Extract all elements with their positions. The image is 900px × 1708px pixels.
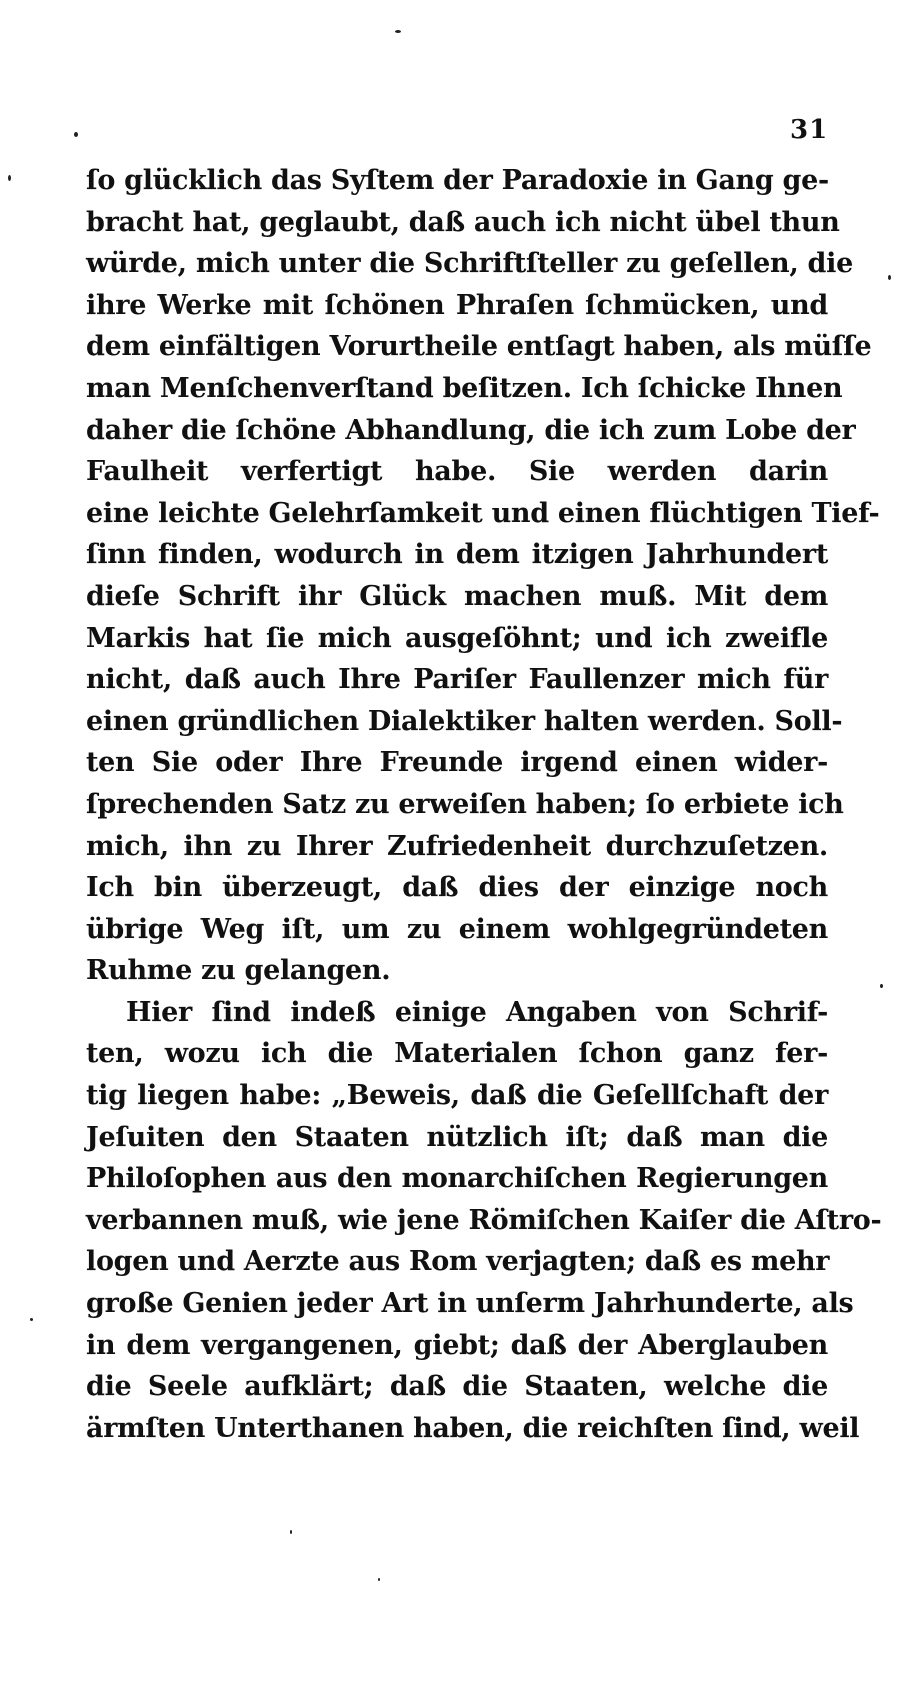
text-line: ſinn finden, wodurch in dem itzigen Jahr… — [86, 534, 828, 576]
text-line: Ruhme zu gelangen. — [86, 950, 828, 992]
text-line: Markis hat ſie mich ausgeſöhnt; und ich … — [86, 618, 828, 660]
text-line: Faulheit verfertigt habe. Sie werden dar… — [86, 451, 828, 493]
text-line: verbannen muß, wie jene Römiſchen Kaiſer… — [86, 1200, 828, 1242]
text-line: ten Sie oder Ihre Freunde irgend einen w… — [86, 742, 828, 784]
text-line: Philoſophen aus den monarchiſchen Regier… — [86, 1158, 828, 1200]
scan-speck — [74, 132, 78, 137]
text-line: daher die ſchöne Abhandlung, die ich zum… — [86, 410, 828, 452]
text-line: ten, wozu ich die Materialen ſchon ganz … — [86, 1033, 828, 1075]
text-line: Ich bin überzeugt, daß dies der einzige … — [86, 867, 828, 909]
scan-speck — [395, 30, 401, 33]
text-line: große Genien jeder Art in unſerm Jahrhun… — [86, 1283, 828, 1325]
text-line: eine leichte Gelehrſamkeit und einen flü… — [86, 493, 828, 535]
text-line: ärmſten Unterthanen haben, die reichſten… — [86, 1408, 828, 1450]
text-line: Jeſuiten den Staaten nützlich iſt; daß m… — [86, 1117, 828, 1159]
scan-speck — [378, 1578, 380, 1581]
text-line: ihre Werke mit ſchönen Phraſen ſchmücken… — [86, 285, 828, 327]
text-line: man Menſchenverſtand beſitzen. Ich ſchic… — [86, 368, 828, 410]
text-line: die Seele aufklärt; daß die Staaten, wel… — [86, 1366, 828, 1408]
text-line: würde, mich unter die Schriftſteller zu … — [86, 243, 828, 285]
text-line: ſprechenden Satz zu erweiſen haben; ſo e… — [86, 784, 828, 826]
scan-speck — [880, 984, 883, 988]
body-text: ſo glücklich das Syſtem der Paradoxie in… — [86, 160, 828, 1449]
text-line: Hier ſind indeß einige Angaben von Schri… — [86, 992, 828, 1034]
scan-speck — [888, 275, 891, 280]
text-line: ſo glücklich das Syſtem der Paradoxie in… — [86, 160, 828, 202]
scan-speck — [290, 1530, 292, 1534]
text-line: dem einfältigen Vorurtheile entſagt habe… — [86, 326, 828, 368]
page-number: 31 — [790, 115, 828, 145]
text-line: mich, ihn zu Ihrer Zufriedenheit durchzu… — [86, 826, 828, 868]
book-page: 31 ſo glücklich das Syſtem der Paradoxie… — [0, 0, 900, 1708]
text-line: tig liegen habe: „Beweis, daß die Geſell… — [86, 1075, 828, 1117]
text-line: nicht, daß auch Ihre Pariſer Faullenzer … — [86, 659, 828, 701]
scan-speck — [30, 1318, 33, 1321]
text-line: einen gründlichen Dialektiker halten wer… — [86, 701, 828, 743]
scan-speck — [8, 175, 11, 181]
text-line: dieſe Schrift ihr Glück machen muß. Mit … — [86, 576, 828, 618]
text-line: bracht hat, geglaubt, daß auch ich nicht… — [86, 202, 828, 244]
text-line: logen und Aerzte aus Rom verjagten; daß … — [86, 1241, 828, 1283]
text-line: übrige Weg iſt, um zu einem wohlgegründe… — [86, 909, 828, 951]
text-line: in dem vergangenen, giebt; daß der Aberg… — [86, 1325, 828, 1367]
